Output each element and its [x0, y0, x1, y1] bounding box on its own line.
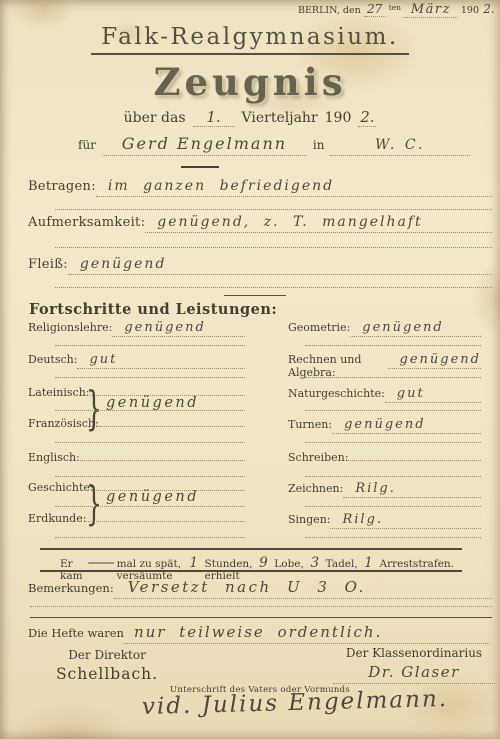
notebooks-value-handwritten: nur teilweise ordentlich. — [124, 623, 490, 644]
director-name: Schellbach. — [52, 665, 162, 683]
ruled-line — [55, 287, 492, 288]
erdkunde-label: Erdkunde: — [28, 512, 86, 525]
subject-row-naturgeschichte: Naturgeschichte: gut — [288, 386, 481, 403]
fleiss-value-handwritten: genügend — [68, 256, 492, 275]
attendance-text-5: Tadel, — [326, 558, 358, 570]
religionslehre-label: Religionslehre: — [28, 321, 112, 334]
in-label: in — [313, 138, 325, 152]
term-quarter-handwritten: 1. — [193, 108, 235, 127]
subject-row-zeichnen: Zeichnen: Rilg. — [288, 481, 481, 498]
subject-row-rechnen-algebra: Rechnen und Algebra: genügend — [288, 352, 481, 379]
ruled-line — [305, 377, 481, 378]
student-name-handwritten: Gerd Engelmann — [102, 134, 307, 156]
blank-line — [86, 521, 245, 522]
geometrie-label: Geometrie: — [288, 321, 350, 334]
term-prefix-label: über das — [124, 110, 186, 126]
blank-line — [80, 460, 245, 461]
zeichnen-label: Zeichnen: — [288, 482, 343, 495]
lateinisch-label: Lateinisch: — [28, 386, 90, 399]
term-middle-label: Vierteljahr — [242, 110, 318, 126]
ruled-line — [305, 410, 481, 411]
student-place-handwritten: W. C. — [330, 137, 470, 156]
date-month-handwritten: März — [404, 2, 458, 18]
day-suffix-label: ten — [389, 3, 401, 12]
ruled-line — [55, 537, 245, 538]
subject-row-turnen: Turnen: genügend — [288, 417, 481, 434]
ruled-line — [305, 345, 481, 346]
deutsch-value-handwritten: gut — [77, 352, 245, 369]
ruled-line — [55, 377, 245, 378]
ruled-line — [55, 209, 492, 210]
attendance-rule-bottom — [40, 570, 462, 572]
notebooks-row: Die Hefte waren nur teilweise ordentlich… — [28, 623, 490, 644]
conduct-row-aufmerksamkeit: Aufmerksamkeit: genügend, z. T. mangelha… — [28, 214, 492, 233]
for-label: für — [78, 138, 96, 152]
section-rule — [30, 617, 492, 618]
term-line: über das 1. Vierteljahr 190 2. — [0, 108, 500, 127]
ruled-line — [55, 442, 245, 443]
englisch-label: Englisch: — [28, 451, 80, 464]
subject-row-singen: Singen: Rilg. — [288, 512, 481, 529]
ruled-line — [305, 506, 481, 507]
city-label: BERLIN, — [298, 5, 340, 16]
subject-row-schreiben: Schreiben: — [288, 451, 481, 464]
rechnen-algebra-label: Rechnen und Algebra: — [288, 353, 388, 379]
betragen-value-handwritten: im ganzen befriedigend — [96, 178, 492, 197]
term-year-prefix-label: 190 — [325, 110, 352, 126]
section-rule — [224, 295, 286, 296]
den-label: den — [343, 5, 361, 16]
ruled-line — [55, 247, 492, 248]
date-day-handwritten: 27 — [364, 2, 386, 17]
latein-franzoesisch-value-handwritten: genügend — [106, 395, 199, 411]
religionslehre-value-handwritten: genügend — [112, 320, 245, 337]
term-year-digit-handwritten: 2. — [358, 108, 376, 127]
notebooks-label: Die Hefte waren — [28, 626, 124, 640]
geometrie-value-handwritten: genügend — [350, 320, 481, 337]
turnen-value-handwritten: genügend — [332, 417, 481, 434]
turnen-label: Turnen: — [288, 418, 332, 431]
fleiss-label: Fleiß: — [28, 257, 68, 272]
attendance-rule-top — [40, 548, 462, 550]
student-line: für Gerd Engelmann in W. C. — [78, 134, 470, 156]
remarks-value-handwritten: Versetzt nach U 3 O. — [114, 578, 492, 599]
conduct-row-betragen: Betragen: im ganzen befriedigend — [28, 178, 492, 197]
schreiben-label: Schreiben: — [288, 451, 348, 464]
ruled-line — [55, 410, 245, 411]
date-line: BERLIN, den 27 ten März 190 2. — [298, 2, 496, 18]
school-name-block: Falk-Realgymnasium. — [0, 24, 500, 55]
ruled-line — [55, 506, 245, 507]
naturgeschichte-label: Naturgeschichte: — [288, 387, 385, 400]
subject-row-franzoesisch: Französisch: — [28, 417, 245, 430]
attendance-text-4: Lobe, — [274, 558, 304, 570]
conduct-row-fleiss: Fleiß: genügend — [28, 256, 492, 275]
aufmerksamkeit-label: Aufmerksamkeit: — [28, 215, 145, 230]
attendance-text-6: Arreststrafen. — [379, 558, 454, 570]
subject-row-deutsch: Deutsch: gut — [28, 352, 245, 369]
date-year-digit-handwritten: 2. — [482, 2, 496, 16]
document-title: Zeugnis — [0, 60, 500, 104]
naturgeschichte-value-handwritten: gut — [385, 386, 481, 403]
ruled-line — [305, 476, 481, 477]
zeichnen-value-handwritten: Rilg. — [343, 481, 481, 498]
singen-value-handwritten: Rilg. — [330, 512, 481, 529]
school-name: Falk-Realgymnasium. — [91, 24, 408, 55]
geschichte-erdkunde-value-handwritten: genügend — [106, 489, 199, 505]
betragen-label: Betragen: — [28, 179, 96, 194]
subject-row-geometrie: Geometrie: genügend — [288, 320, 481, 337]
remarks-label: Bemerkungen: — [28, 581, 114, 595]
ruled-line — [305, 537, 481, 538]
ruled-line — [55, 345, 245, 346]
ordinarius-label: Der Klassenordinarius — [333, 646, 495, 660]
year-prefix-label: 190 — [461, 5, 479, 16]
ruled-line — [30, 606, 492, 607]
section-separator-dash — [181, 166, 219, 168]
singen-label: Singen: — [288, 513, 330, 526]
subject-row-englisch: Englisch: — [28, 451, 245, 464]
director-label: Der Direktor — [52, 648, 162, 662]
deutsch-label: Deutsch: — [28, 353, 77, 366]
subject-row-erdkunde: Erdkunde: — [28, 512, 245, 525]
blank-line — [348, 460, 481, 461]
geschichte-label: Geschichte: — [28, 481, 94, 494]
late-count-dash-handwritten: —— — [88, 553, 112, 571]
ruled-line — [305, 442, 481, 443]
rechnen-algebra-value-handwritten: genügend — [388, 352, 481, 369]
report-card-document: BERLIN, den 27 ten März 190 2. Falk-Real… — [0, 0, 500, 739]
progress-heading: Fortschritte und Leistungen: — [29, 301, 277, 318]
franzoesisch-label: Französisch: — [28, 417, 99, 430]
aufmerksamkeit-value-handwritten: genügend, z. T. mangelhaft — [145, 214, 492, 233]
subject-row-religionslehre: Religionslehre: genügend — [28, 320, 245, 337]
remarks-row: Bemerkungen: Versetzt nach U 3 O. — [28, 578, 492, 599]
ordinarius-signature-handwritten: Dr. Glaser — [333, 663, 495, 684]
ordinarius-block: Der Klassenordinarius Dr. Glaser — [333, 646, 495, 684]
blank-line — [99, 426, 245, 427]
ruled-line — [55, 476, 245, 477]
director-block: Der Direktor Schellbach. — [52, 648, 162, 683]
